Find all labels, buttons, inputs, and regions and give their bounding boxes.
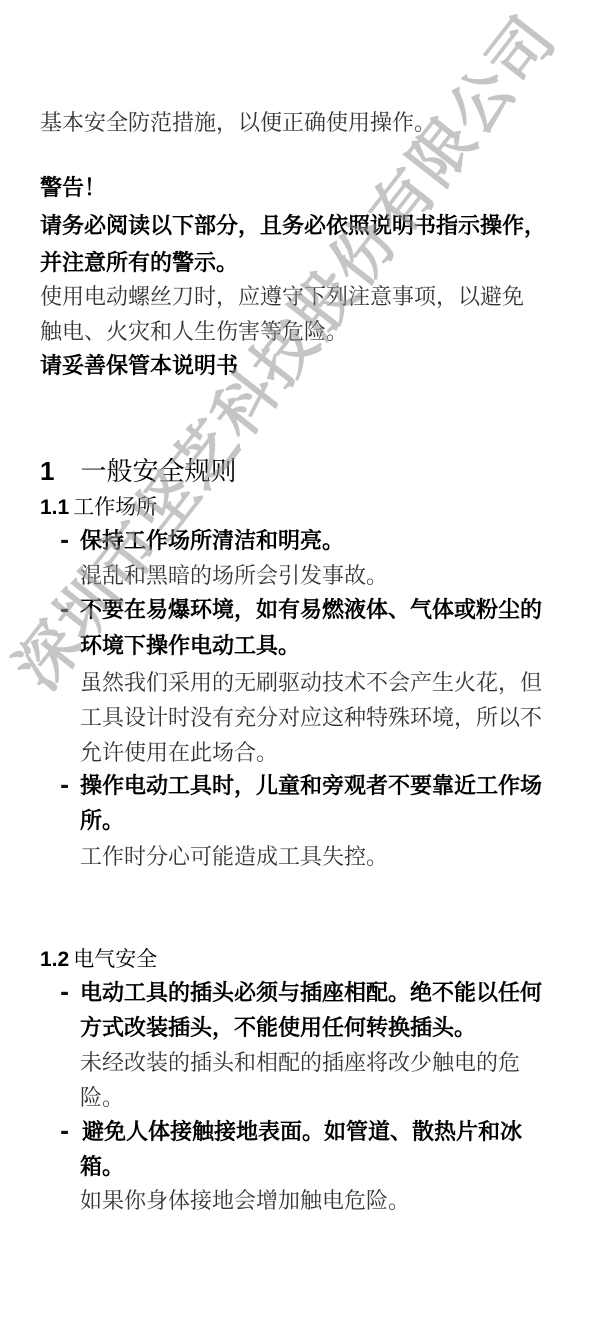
section-1-1-heading: 1.1工作场所	[40, 492, 157, 523]
rule-text: 不要在易爆环境，如有易燃液体、气体或粉尘的	[80, 596, 542, 626]
rule-note: 如果你身体接地会增加触电危险。	[80, 1187, 410, 1217]
rule-note: 未经改装的插头和相配的插座将改少触电的危	[80, 1049, 520, 1079]
section-1-1-number: 1.1	[40, 496, 69, 519]
warning-title: 警告！	[40, 174, 106, 204]
section-1-title: 一般安全规则	[80, 457, 236, 487]
manual-page: 基本安全防范措施，以便正确使用操作。 警告！ 请务必阅读以下部分，且务必依照说明…	[0, 0, 600, 1326]
section-1-2-number: 1.2	[40, 948, 69, 971]
rule-text: 操作电动工具时，儿童和旁观者不要靠近工作场	[80, 772, 542, 802]
bullet-dash: -	[60, 527, 69, 557]
section-1-2-heading: 1.2电气安全	[40, 944, 157, 975]
section-1-number: 1	[40, 456, 54, 486]
section-1-1-title: 工作场所	[73, 495, 157, 519]
warning-line-1: 请务必阅读以下部分，且务必依照说明书指示操作，	[40, 212, 546, 242]
warning-body-1: 使用电动螺丝刀时，应遵守下列注意事项，以避免	[40, 283, 524, 313]
rule-text: 环境下操作电动工具。	[80, 632, 300, 662]
section-1-heading: 1一般安全规则	[40, 456, 236, 487]
warning-body-2: 触电、火灾和人生伤害等危险。	[40, 318, 348, 348]
rule-text: 所。	[80, 807, 124, 837]
rule-note: 允许使用在此场合。	[80, 739, 278, 769]
bullet-dash: -	[60, 1118, 69, 1148]
intro-text: 基本安全防范措施，以便正确使用操作。	[40, 109, 436, 139]
rule-text: 方式改装插头，不能使用任何转换插头。	[80, 1014, 476, 1044]
rule-text: 箱。	[80, 1153, 124, 1183]
rule-text: 电动工具的插头必须与插座相配。绝不能以任何	[80, 979, 542, 1009]
rule-note: 混乱和黑暗的场所会引发事故。	[80, 562, 388, 592]
rule-text: 避免人体接触接地表面。如管道、散热片和冰	[82, 1118, 522, 1148]
section-1-2-title: 电气安全	[73, 947, 157, 971]
rule-text: 保持工作场所清洁和明亮。	[80, 527, 344, 557]
warning-line-2: 并注意所有的警示。	[40, 249, 238, 279]
bullet-dash: -	[60, 772, 69, 802]
keep-manual-note: 请妥善保管本说明书	[40, 352, 238, 382]
rule-note: 虽然我们采用的无刷驱动技术不会产生火花，但	[80, 669, 542, 699]
bullet-dash: -	[60, 979, 69, 1009]
rule-note: 险。	[80, 1084, 124, 1114]
rule-note: 工作时分心可能造成工具失控。	[80, 843, 388, 873]
rule-note: 工具设计时没有充分对应这种特殊环境，所以不	[80, 704, 542, 734]
bullet-dash: -	[60, 596, 69, 626]
